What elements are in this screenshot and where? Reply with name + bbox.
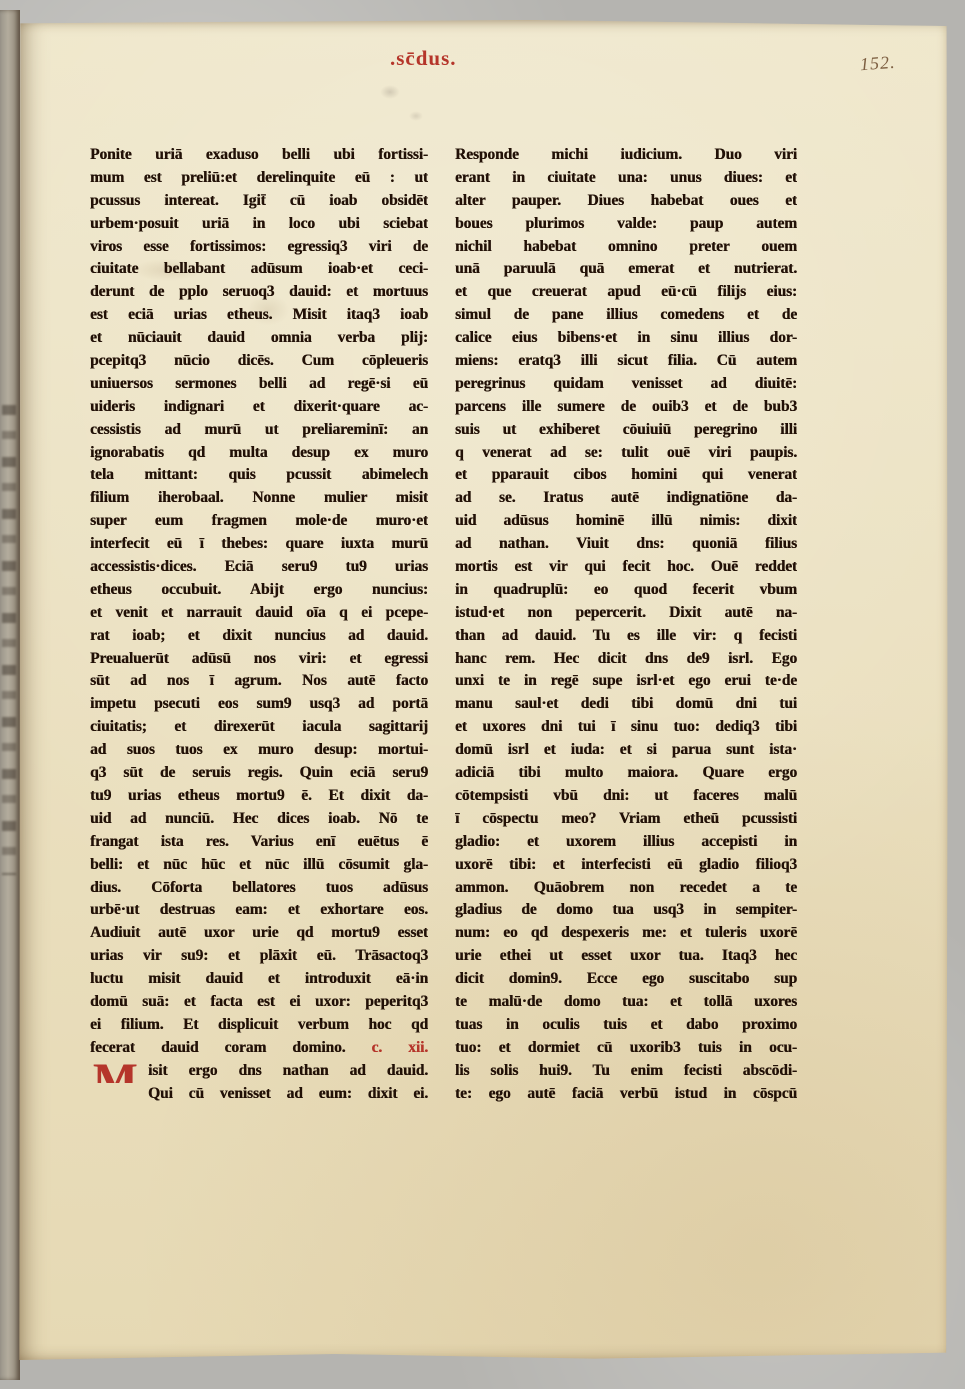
- text-line: te malū·de domo tua: et tollā uxores: [455, 991, 797, 1014]
- line-text: hanc rem. Hec dicit dns de9 isrl. Ego: [455, 650, 797, 667]
- text-line: tuas in oculis tuis et dabo proximo: [455, 1014, 797, 1037]
- text-line: unxi te in regē supe isrl·et ego erui te…: [455, 670, 797, 693]
- text-line: gladio: et uxorem illius accepisti in: [455, 831, 797, 854]
- line-text: Responde michi iudicium. Duo viri: [455, 146, 797, 163]
- line-text: interfecit eū ī thebes: quare iuxta murū: [90, 535, 428, 552]
- text-line: suis ut exhiberet cōuiuiū peregrino illi: [455, 419, 797, 442]
- line-text: impetu psecuti eos sum9 usq3 ad portā: [90, 695, 428, 712]
- line-text: boues plurimos valde: paup autem: [455, 215, 797, 232]
- line-text: ciuitatis; et direxerūt iacula sagittari…: [90, 718, 428, 735]
- line-text: gladio: et uxorem illius accepisti in: [455, 833, 797, 850]
- text-line: Preualuerūt adūsū nos viri: et egressi: [90, 648, 428, 671]
- text-line: than ad dauid. Tu es ille vir: q fecisti: [455, 625, 797, 648]
- text-line: fecerat dauid coram domino. c. xii.: [90, 1037, 428, 1060]
- line-text: filium iherobaal. Nonne mulier misit: [90, 489, 428, 506]
- line-text: than ad dauid. Tu es ille vir: q fecisti: [455, 627, 797, 644]
- text-line: tuo: et dormiet cū uxorib3 tuis in ocu-: [455, 1037, 797, 1060]
- line-text: cōtempsisti vbū dni: ut faceres malū: [455, 787, 797, 804]
- line-text: luctu misit dauid et introduxit eā·in: [90, 970, 428, 987]
- text-line: et uxores dni tui ī sinu tuo: dediq3 tib…: [455, 716, 797, 739]
- text-line: tela mittant: quis pcussit abimelech: [90, 464, 428, 487]
- text-line: uid adūsus hominē illū nimis: dixit: [455, 510, 797, 533]
- line-text: manu saul·et dedi tibi domū dni tui: [455, 695, 797, 712]
- text-line: urbem·posuit uriā in loco ubi sciebat: [90, 213, 428, 236]
- line-text: te: ego autē faciā verbū istud in cōspcū: [455, 1085, 797, 1102]
- line-text: domū isrl et iuda: et si parua sunt ista…: [455, 741, 797, 758]
- line-text: miens: eratq3 illi sicut filia. Cū autem: [455, 352, 797, 369]
- chapter-number: c. xii.: [372, 1039, 428, 1056]
- line-text: simul de pane illius comedens et de: [455, 306, 797, 323]
- text-line: ī cōspectu meo? Vriam etheū pcussisti: [455, 808, 797, 831]
- text-line: luctu misit dauid et introduxit eā·in: [90, 968, 428, 991]
- text-line: calice eius bibens·et in sinu illius dor…: [455, 327, 797, 350]
- text-line: erant in ciuitate una: unus diues: et: [455, 167, 797, 190]
- line-text: tu9 urias etheus mortu9 ē. Et dixit da-: [90, 787, 428, 804]
- manuscript-page: .sc̄dus. 152. Ponite uriā exaduso belli …: [18, 20, 948, 1362]
- line-text: ad se. Iratus autē indignatiōne da-: [455, 489, 797, 506]
- line-text: uniuersos sermones belli ad regē·si eū: [90, 375, 428, 392]
- line-text: ī cōspectu meo? Vriam etheū pcussisti: [455, 810, 797, 827]
- text-line: Audiuit autē uxor urie qd mortu9 esset: [90, 922, 428, 945]
- line-text: cessistis ad murū ut preliareminī: an: [90, 421, 428, 438]
- text-line: ad suos tuos ex muro desup: mortui-: [90, 739, 428, 762]
- text-line: lis solis hui9. Tu enim fecisti abscōdi-: [455, 1060, 797, 1083]
- line-text: accessistis·dices. Eciā seru9 tu9 urias: [90, 558, 428, 575]
- line-text: ciuitate bellabant adūsum ioab·et ceci-: [90, 260, 428, 277]
- line-text: urie ethei ut esset uxor tua. Itaq3 hec: [455, 947, 797, 964]
- text-line: et nūciauit dauid omnia verba plij:: [90, 327, 428, 350]
- text-line: ciuitate bellabant adūsum ioab·et ceci-: [90, 258, 428, 281]
- text-line: ad se. Iratus autē indignatiōne da-: [455, 487, 797, 510]
- line-text: ei filium. Et displicuit verbum hoc qd: [90, 1016, 428, 1033]
- line-text: istud·et non pepercerit. Dixit autē na-: [455, 604, 797, 621]
- text-line: gladius de domo tua usq3 in sempiter-: [455, 899, 797, 922]
- text-line: uxorē tibi: et interfecisti eū gladio fi…: [455, 854, 797, 877]
- line-text: dius. Cōforta bellatores tuos adūsus: [90, 879, 428, 896]
- line-text: Audiuit autē uxor urie qd mortu9 esset: [90, 924, 428, 941]
- text-line: adiciā tibi multo maiora. Quare ergo: [455, 762, 797, 785]
- line-text: Ponite uriā exaduso belli ubi fortissi-: [90, 146, 428, 163]
- text-line: pcussus intereat. Igit̄ cū ioab obsidēt: [90, 190, 428, 213]
- text-line: cessistis ad murū ut preliareminī: an: [90, 419, 428, 442]
- text-line: istud·et non pepercerit. Dixit autē na-: [455, 602, 797, 625]
- text-line: rat ioab; et dixit nuncius ad dauid.: [90, 625, 428, 648]
- line-text: mortis est vir qui fecit hoc. Ouē reddet: [455, 558, 797, 575]
- text-line: q venerat ad se: tulit ouē viri paupis.: [455, 442, 797, 465]
- line-text: sūt ad nos ī agrum. Nos autē facto: [90, 672, 428, 689]
- line-text: Qui cū venisset ad eum: dixit ei.: [148, 1085, 428, 1102]
- line-text: etheus occubuit. Abijt ergo nuncius:: [90, 581, 428, 598]
- text-line: uid ad nunciū. Hec dices ioab. Nō te: [90, 808, 428, 831]
- text-line: dius. Cōforta bellatores tuos adūsus: [90, 877, 428, 900]
- line-text: urbē·ut destruas eam: et exhortare eos.: [90, 901, 428, 918]
- text-line: est eciā urias etheus. Misit itaq3 ioab: [90, 304, 428, 327]
- text-line: domū suā: et facta est ei uxor: peperitq…: [90, 991, 428, 1014]
- text-line: etheus occubuit. Abijt ergo nuncius:: [90, 579, 428, 602]
- line-text: te malū·de domo tua: et tollā uxores: [455, 993, 797, 1010]
- text-line: frangat ista res. Varius enī euētus ē: [90, 831, 428, 854]
- text-line: derunt de pplo seruoq3 dauid: et mortuus: [90, 281, 428, 304]
- text-line: interfecit eū ī thebes: quare iuxta murū: [90, 533, 428, 556]
- running-title: .sc̄dus.: [390, 46, 457, 71]
- text-line: et venit et narrauit dauid oīa q ei pcep…: [90, 602, 428, 625]
- line-text: mum est preliū:et derelinquite eū : ut: [90, 169, 428, 186]
- line-text: viros esse fortissimos: egressiq3 viri d…: [90, 238, 428, 255]
- line-text: uideris indignari et dixerit·quare ac-: [90, 398, 428, 415]
- line-text: suis ut exhiberet cōuiuiū peregrino illi: [455, 421, 797, 438]
- text-line: ad nathan. Viuit dns: quoniā filius: [455, 533, 797, 556]
- line-text: urias vir su9: et plāxit eū. Trāsactoq3: [90, 947, 428, 964]
- text-line: domū isrl et iuda: et si parua sunt ista…: [455, 739, 797, 762]
- line-text: unxi te in regē supe isrl·et ego erui te…: [455, 672, 797, 689]
- text-line: simul de pane illius comedens et de: [455, 304, 797, 327]
- text-line: sūt ad nos ī agrum. Nos autē facto: [90, 670, 428, 693]
- line-text: domū suā: et facta est ei uxor: peperitq…: [90, 993, 428, 1010]
- line-text: Preualuerūt adūsū nos viri: et egressi: [90, 650, 428, 667]
- text-line: Ponite uriā exaduso belli ubi fortissi-: [90, 144, 428, 167]
- line-text: fecerat dauid coram domino.: [90, 1039, 372, 1056]
- text-line: miens: eratq3 illi sicut filia. Cū autem: [455, 350, 797, 373]
- text-line: cōtempsisti vbū dni: ut faceres malū: [455, 785, 797, 808]
- line-text: ammon. Quāobrem non recedet a te: [455, 879, 797, 896]
- text-line: accessistis·dices. Eciā seru9 tu9 urias: [90, 556, 428, 579]
- text-line: belli: et nūc hūc et nūc illū cōsumit gl…: [90, 854, 428, 877]
- text-line: super eum fragmen mole·de muro·et: [90, 510, 428, 533]
- text-line: et que creuerat apud eū·cū filijs eius:: [455, 281, 797, 304]
- text-line: alter pauper. Diues habebat oues et: [455, 190, 797, 213]
- text-line: peregrinus quidam venisset ad diuitē:: [455, 373, 797, 396]
- text-line: boues plurimos valde: paup autem: [455, 213, 797, 236]
- line-text: et nūciauit dauid omnia verba plij:: [90, 329, 428, 346]
- text-line: uniuersos sermones belli ad regē·si eū: [90, 373, 428, 396]
- line-text: parcens ille sumere de ouib3 et de bub3: [455, 398, 797, 415]
- text-line: impetu psecuti eos sum9 usq3 ad portā: [90, 693, 428, 716]
- text-line: viros esse fortissimos: egressiq3 viri d…: [90, 236, 428, 259]
- text-line: filium iherobaal. Nonne mulier misit: [90, 487, 428, 510]
- text-line: urias vir su9: et plāxit eū. Trāsactoq3: [90, 945, 428, 968]
- line-text: q3 sūt de seruis regis. Quin eciā seru9: [90, 764, 428, 781]
- text-line: et pparauit cibos homini qui venerat: [455, 464, 797, 487]
- text-line: Responde michi iudicium. Duo viri: [455, 144, 797, 167]
- text-line: tu9 urias etheus mortu9 ē. Et dixit da-: [90, 785, 428, 808]
- line-text: pcussus intereat. Igit̄ cū ioab obsidēt: [90, 192, 428, 209]
- line-text: isit ergo dns nathan ad dauid.: [148, 1062, 428, 1079]
- folio-number: 152.: [859, 52, 896, 75]
- text-line: num: eo qd despexeris me: et tuleris uxo…: [455, 922, 797, 945]
- line-text: ignorabatis qd multa desup ex muro: [90, 444, 428, 461]
- text-line: unā paruulā quā emerat et nutrierat.: [455, 258, 797, 281]
- line-text: gladius de domo tua usq3 in sempiter-: [455, 901, 797, 918]
- text-line: te: ego autē faciā verbū istud in cōspcū: [455, 1083, 797, 1106]
- line-text: rat ioab; et dixit nuncius ad dauid.: [90, 627, 428, 644]
- line-text: in quadruplū: eo quod fecerit vbum: [455, 581, 797, 598]
- line-text: derunt de pplo seruoq3 dauid: et mortuus: [90, 283, 428, 300]
- line-text: tuo: et dormiet cū uxorib3 tuis in ocu-: [455, 1039, 797, 1056]
- line-text: et pparauit cibos homini qui venerat: [455, 466, 797, 483]
- lombard-initial: M: [90, 1060, 144, 1083]
- line-text: uxorē tibi: et interfecisti eū gladio fi…: [455, 856, 797, 873]
- text-line: ciuitatis; et direxerūt iacula sagittari…: [90, 716, 428, 739]
- text-line: mum est preliū:et derelinquite eū : ut: [90, 167, 428, 190]
- line-text: ad nathan. Viuit dns: quoniā filius: [455, 535, 797, 552]
- text-line: hanc rem. Hec dicit dns de9 isrl. Ego: [455, 648, 797, 671]
- text-line: urie ethei ut esset uxor tua. Itaq3 hec: [455, 945, 797, 968]
- text-line: ignorabatis qd multa desup ex muro: [90, 442, 428, 465]
- line-text: tela mittant: quis pcussit abimelech: [90, 466, 428, 483]
- text-line: pcepitq3 nūcio dicēs. Cum cōpleueris: [90, 350, 428, 373]
- line-text: unā paruulā quā emerat et nutrierat.: [455, 260, 797, 277]
- line-text: nichil habebat omnino preter ouem: [455, 238, 797, 255]
- line-text: dicit domin9. Ecce ego suscitabo sup: [455, 970, 797, 987]
- line-text: et venit et narrauit dauid oīa q ei pcep…: [90, 604, 428, 621]
- line-text: adiciā tibi multo maiora. Quare ergo: [455, 764, 797, 781]
- text-line: Qui cū venisset ad eum: dixit ei.: [90, 1083, 428, 1106]
- line-text: erant in ciuitate una: unus diues: et: [455, 169, 797, 186]
- line-text: peregrinus quidam venisset ad diuitē:: [455, 375, 797, 392]
- line-text: q venerat ad se: tulit ouē viri paupis.: [455, 444, 797, 461]
- text-line: uideris indignari et dixerit·quare ac-: [90, 396, 428, 419]
- line-text: uid adūsus hominē illū nimis: dixit: [455, 512, 797, 529]
- line-text: calice eius bibens·et in sinu illius dor…: [455, 329, 797, 346]
- line-text: uid ad nunciū. Hec dices ioab. Nō te: [90, 810, 428, 827]
- line-text: lis solis hui9. Tu enim fecisti abscōdi-: [455, 1062, 797, 1079]
- line-text: tuas in oculis tuis et dabo proximo: [455, 1016, 797, 1033]
- text-line: ei filium. Et displicuit verbum hoc qd: [90, 1014, 428, 1037]
- line-text: pcepitq3 nūcio dicēs. Cum cōpleueris: [90, 352, 428, 369]
- line-text: ad suos tuos ex muro desup: mortui-: [90, 741, 428, 758]
- text-line: ammon. Quāobrem non recedet a te: [455, 877, 797, 900]
- line-text: et que creuerat apud eū·cū filijs eius:: [455, 283, 797, 300]
- line-text: urbem·posuit uriā in loco ubi sciebat: [90, 215, 428, 232]
- text-line: manu saul·et dedi tibi domū dni tui: [455, 693, 797, 716]
- text-line: urbē·ut destruas eam: et exhortare eos.: [90, 899, 428, 922]
- line-text: frangat ista res. Varius enī euētus ē: [90, 833, 428, 850]
- text-line: q3 sūt de seruis regis. Quin eciā seru9: [90, 762, 428, 785]
- text-column-right: Responde michi iudicium. Duo virierant i…: [455, 144, 797, 1109]
- text-line: nichil habebat omnino preter ouem: [455, 236, 797, 259]
- line-text: alter pauper. Diues habebat oues et: [455, 192, 797, 209]
- line-text: super eum fragmen mole·de muro·et: [90, 512, 428, 529]
- text-line: mortis est vir qui fecit hoc. Ouē reddet: [455, 556, 797, 579]
- text-line: dicit domin9. Ecce ego suscitabo sup: [455, 968, 797, 991]
- line-text: et uxores dni tui ī sinu tuo: dediq3 tib…: [455, 718, 797, 735]
- facing-page-edge: [0, 10, 20, 1380]
- text-line: parcens ille sumere de ouib3 et de bub3: [455, 396, 797, 419]
- text-column-left: Ponite uriā exaduso belli ubi fortissi-m…: [90, 144, 428, 1109]
- text-line: Misit ergo dns nathan ad dauid.: [90, 1060, 428, 1083]
- line-text: belli: et nūc hūc et nūc illū cōsumit gl…: [90, 856, 428, 873]
- line-text: num: eo qd despexeris me: et tuleris uxo…: [455, 924, 797, 941]
- text-line: in quadruplū: eo quod fecerit vbum: [455, 579, 797, 602]
- line-text: est eciā urias etheus. Misit itaq3 ioab: [90, 306, 428, 323]
